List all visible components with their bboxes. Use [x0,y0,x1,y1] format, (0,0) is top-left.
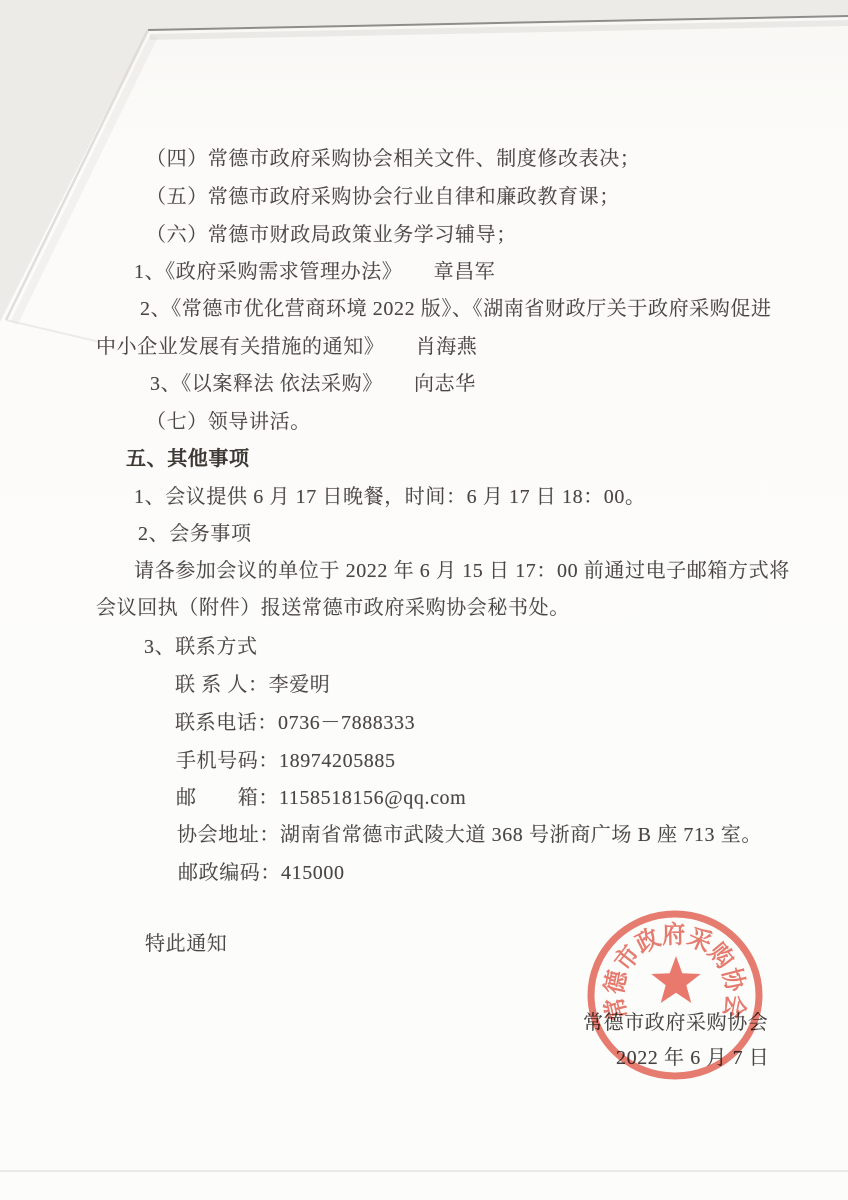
agenda-item-6: （六）常德市财政局政策业务学习辅导； [146,225,517,245]
reply-notice-line1: 请各参加会议的单位于 2022 年 6 月 15 日 17：00 前通过电子邮箱… [134,561,790,581]
heading-other-items: 五、其他事项 [126,449,250,469]
contact-postcode: 邮政编码：415000 [178,863,345,883]
other-item-dinner: 1、会议提供 6 月 17 日晚餐，时间：6 月 17 日 18：00。 [134,487,646,507]
seal-star-icon [651,956,700,1003]
agenda-item-5: （五）常德市政府采购协会行业自律和廉政教育课； [146,187,620,207]
contact-heading: 3、联系方式 [144,637,258,657]
lecture-item-2-wrap: 中小企业发展有关措施的通知》 肖海燕 [96,337,477,357]
contact-address: 协会地址：湖南省常德市武陵大道 368 号浙商广场 B 座 713 室。 [177,825,762,845]
contact-mobile: 手机号码：18974205885 [176,751,396,771]
agenda-item-4: （四）常德市政府采购协会相关文件、制度修改表决； [146,149,640,169]
contact-phone: 联系电话：0736－7888333 [175,713,415,733]
scanned-page: （四）常德市政府采购协会相关文件、制度修改表决； （五）常德市政府采购协会行业自… [0,0,848,1200]
contact-email: 邮 箱：1158518156@qq.com [176,788,466,808]
official-seal: 常德市政府采购协会 [574,894,779,1099]
lecture-item-1: 1、《政府采购需求管理办法》 章昌军 [134,262,495,282]
contact-person: 联 系 人：李爱明 [175,675,330,695]
other-item-affairs: 2、会务事项 [138,524,252,544]
lecture-item-2: 2、《常德市优化营商环境 2022 版》、《湖南省财政厅关于政府采购促进 [140,299,772,319]
lecture-item-3: 3、《以案释法 依法采购》 向志华 [150,374,476,394]
closing-notice: 特此通知 [145,934,227,954]
agenda-item-7: （七）领导讲活。 [146,412,311,432]
reply-notice-line2: 会议回执（附件）报送常德市政府采购协会秘书处。 [96,598,570,618]
